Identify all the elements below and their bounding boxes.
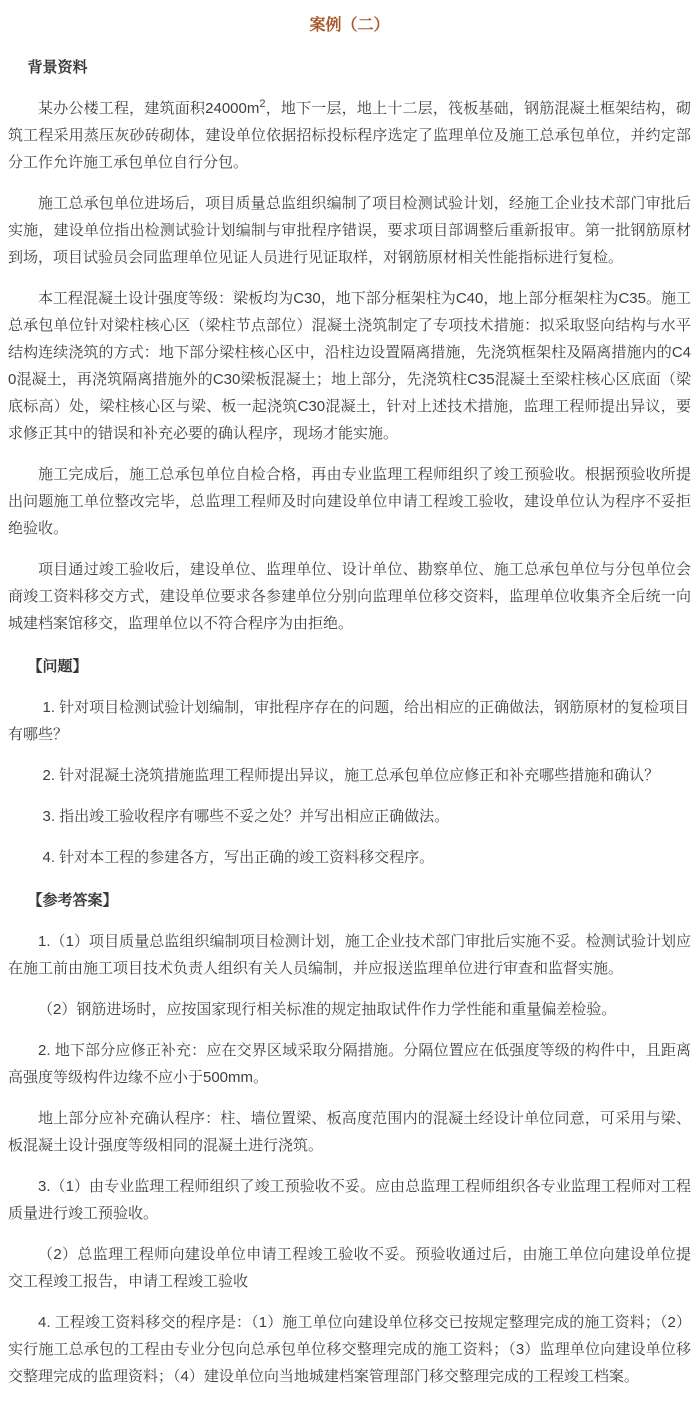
answer-item: 1.（1）项目质量总监组织编制项目检测计划，施工企业技术部门审批后实施不妥。检测… xyxy=(8,928,691,982)
question-item: 2. 针对混凝土浇筑措施监理工程师提出异议，施工总承包单位应修正和补充哪些措施和… xyxy=(8,762,691,789)
questions-section-heading: 【问题】 xyxy=(8,653,691,680)
background-section-heading: 背景资料 xyxy=(8,54,691,81)
answer-item: 地上部分应补充确认程序：柱、墙位置梁、板高度范围内的混凝土经设计单位同意，可采用… xyxy=(8,1105,691,1159)
answers-section-heading: 【参考答案】 xyxy=(8,887,691,914)
answer-item: 3.（1）由专业监理工程师组织了竣工预验收不妥。应由总监理工程师组织各专业监理工… xyxy=(8,1173,691,1227)
answer-item: 2. 地下部分应修正补充：应在交界区域采取分隔措施。分隔位置应在低强度等级的构件… xyxy=(8,1037,691,1091)
answer-item: （2）总监理工程师向建设单位申请工程竣工验收不妥。预验收通过后，由施工单位向建设… xyxy=(8,1241,691,1295)
background-p1-text-before-sup: 某办公楼工程，建筑面积24000m xyxy=(38,100,259,117)
background-paragraph: 某办公楼工程，建筑面积24000m2，地下一层，地上十二层，筏板基础，钢筋混凝土… xyxy=(8,95,691,176)
page-title: 案例（二） xyxy=(8,14,691,38)
answer-item: （2）钢筋进场时，应按国家现行相关标准的规定抽取试件作力学性能和重量偏差检验。 xyxy=(8,996,691,1023)
background-paragraph: 施工完成后，施工总承包单位自检合格，再由专业监理工程师组织了竣工预验收。根据预验… xyxy=(8,461,691,542)
background-paragraph: 项目通过竣工验收后，建设单位、监理单位、设计单位、勘察单位、施工总承包单位与分包… xyxy=(8,556,691,637)
question-item: 1. 针对项目检测试验计划编制，审批程序存在的问题，给出相应的正确做法，钢筋原材… xyxy=(8,694,691,748)
question-item: 4. 针对本工程的参建各方，写出正确的竣工资料移交程序。 xyxy=(8,844,691,871)
question-item: 3. 指出竣工验收程序有哪些不妥之处？并写出相应正确做法。 xyxy=(8,803,691,830)
background-paragraph: 本工程混凝土设计强度等级：梁板均为C30，地下部分框架柱为C40，地上部分框架柱… xyxy=(8,285,691,447)
exam-case-document: 案例（二） 背景资料 某办公楼工程，建筑面积24000m2，地下一层，地上十二层… xyxy=(0,0,699,1422)
answer-item: 4. 工程竣工资料移交的程序是：（1）施工单位向建设单位移交已按规定整理完成的施… xyxy=(8,1309,691,1390)
background-paragraph: 施工总承包单位进场后，项目质量总监组织编制了项目检测试验计划，经施工企业技术部门… xyxy=(8,190,691,271)
